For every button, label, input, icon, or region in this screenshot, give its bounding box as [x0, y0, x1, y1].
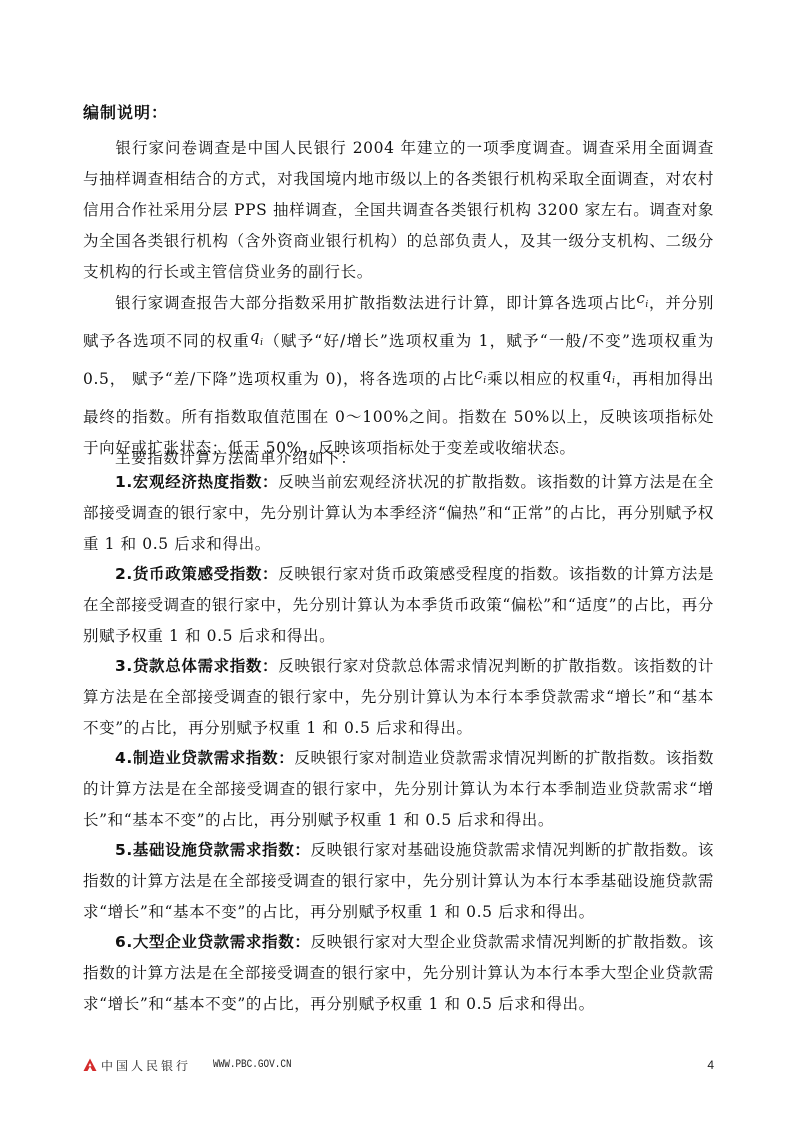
- math-subscript: i: [645, 300, 648, 310]
- page-number: 4: [707, 1058, 714, 1072]
- math-c-i: ci: [474, 365, 487, 383]
- index-item-1: 1.宏观经济热度指数：反映当前宏观经济状况的扩散指数。该指数的计算方法是在全部接…: [83, 467, 714, 560]
- pbc-logo-text: 中国人民银行: [101, 1057, 191, 1074]
- index-item-3: 3.贷款总体需求指数：反映银行家对贷款总体需求情况判断的扩散指数。该指数的计算方…: [83, 651, 714, 744]
- index-item-4: 4.制造业贷款需求指数：反映银行家对制造业贷款需求情况判断的扩散指数。该指数的计…: [83, 743, 714, 836]
- intro-paragraph-1-text: 银行家问卷调查是中国人民银行 2004 年建立的一项季度调查。调查采用全面调查与…: [83, 139, 714, 281]
- index-title-4: 4.制造业贷款需求指数：: [115, 749, 294, 767]
- math-q-i: qi: [602, 365, 616, 383]
- intro-paragraph-3-text: 主要指数计算方法简单介绍如下：: [115, 449, 357, 467]
- page-footer: 中国人民银行 WWW.PBC.GOV.CN 4: [83, 1055, 714, 1075]
- math-c-i: ci: [636, 289, 649, 307]
- index-title-2: 2.货币政策感受指数：: [115, 565, 278, 583]
- index-item-5: 5.基础设施贷款需求指数：反映银行家对基础设施贷款需求情况判断的扩散指数。该指数…: [83, 835, 714, 928]
- index-title-3: 3.贷款总体需求指数：: [115, 657, 278, 675]
- intro-paragraph-2-text-d: 乘以相应的权重: [487, 370, 602, 388]
- index-title-6: 6.大型企业贷款需求指数：: [115, 933, 310, 951]
- math-subscript: i: [260, 338, 263, 348]
- math-subscript: i: [612, 376, 615, 386]
- pbc-logo-icon: [83, 1058, 97, 1072]
- math-q: q: [602, 365, 612, 383]
- math-q: q: [250, 327, 260, 345]
- index-title-5: 5.基础设施贷款需求指数：: [115, 841, 310, 859]
- intro-paragraph-2-text-a: 银行家调查报告大部分指数采用扩散指数法进行计算，即计算各选项占比: [115, 294, 636, 312]
- index-item-6: 6.大型企业贷款需求指数：反映银行家对大型企业贷款需求情况判断的扩散指数。该指数…: [83, 927, 714, 1020]
- math-q-i: qi: [250, 327, 264, 345]
- intro-paragraph-2: 银行家调查报告大部分指数采用扩散指数法进行计算，即计算各选项占比ci，并分别赋予…: [83, 288, 714, 464]
- intro-paragraph-1: 银行家问卷调查是中国人民银行 2004 年建立的一项季度调查。调查采用全面调查与…: [83, 133, 714, 288]
- index-item-2: 2.货币政策感受指数：反映银行家对货币政策感受程度的指数。该指数的计算方法是在全…: [83, 559, 714, 652]
- footer-url-link[interactable]: WWW.PBC.GOV.CN: [213, 1059, 292, 1071]
- math-subscript: i: [483, 376, 486, 386]
- math-c: c: [474, 365, 483, 383]
- heading: 编制说明：: [83, 100, 168, 123]
- index-title-1: 1.宏观经济热度指数：: [115, 473, 278, 491]
